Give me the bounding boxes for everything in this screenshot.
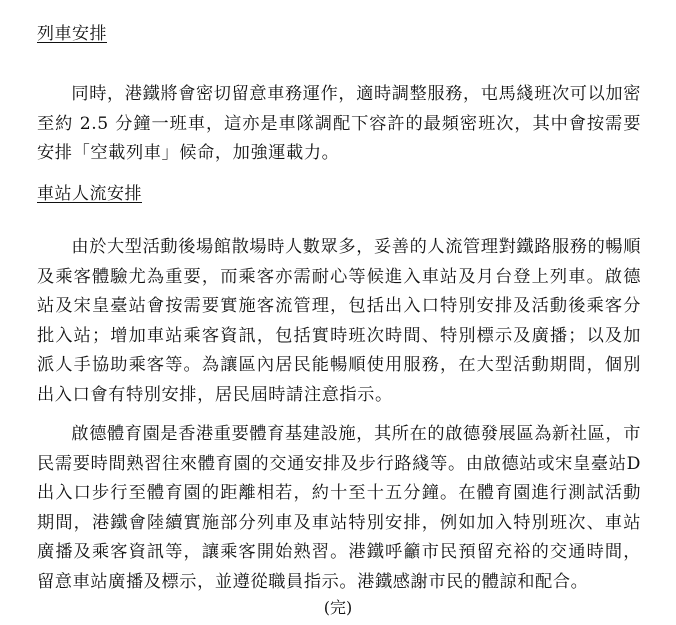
press-release-page: 列車安排 同時，港鐵將會密切留意車務運作，適時調整服務，屯馬綫班次可以加密至約 … bbox=[0, 0, 676, 625]
end-mark: (完) bbox=[0, 596, 676, 620]
paragraph-kai-tak-sports-park: 啟德體育園是香港重要體育基建設施，其所在的啟德發展區為新社區，市民需要時間熟習往… bbox=[37, 420, 641, 597]
paragraph-train-arrangements: 同時，港鐵將會密切留意車務運作，適時調整服務，屯馬綫班次可以加密至約 2.5 分… bbox=[37, 80, 641, 169]
section-heading-station-crowd-management: 車站人流安排 bbox=[37, 182, 142, 206]
paragraph-crowd-management: 由於大型活動後場館散場時人數眾多，妥善的人流管理對鐵路服務的暢順及乘客體驗尤為重… bbox=[37, 233, 641, 410]
section-heading-train-arrangements: 列車安排 bbox=[37, 22, 107, 46]
